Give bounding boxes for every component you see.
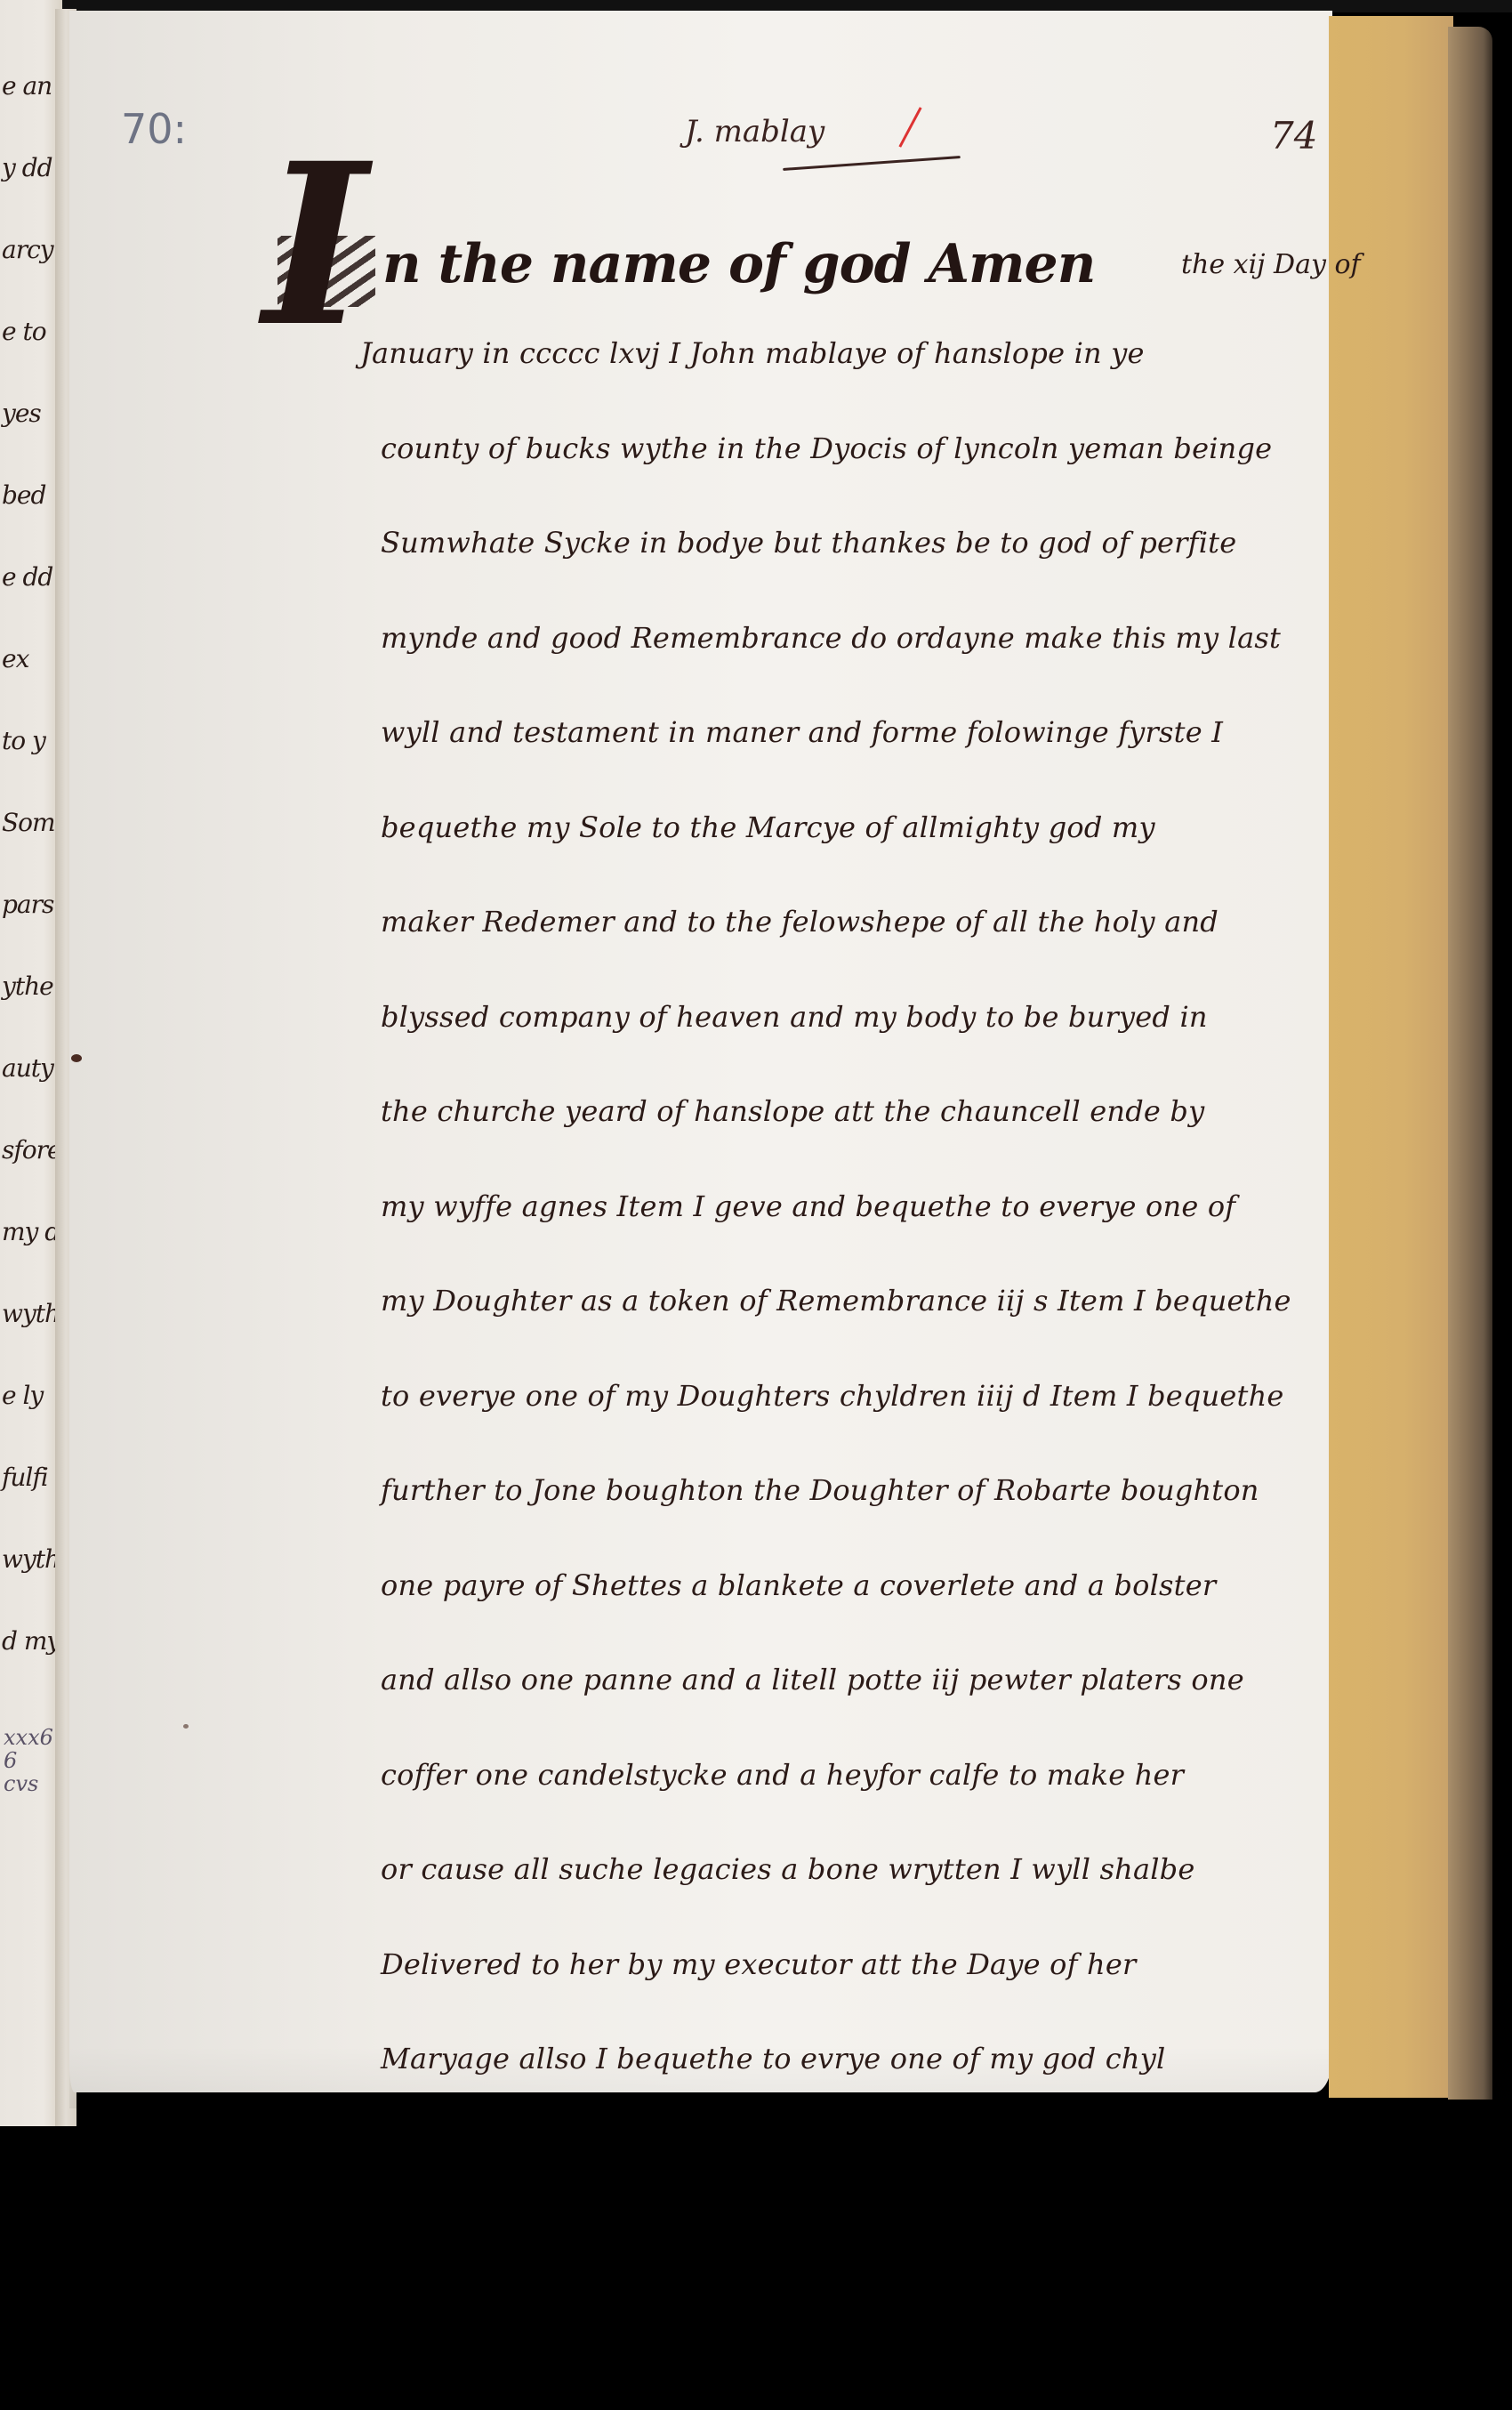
facing-page-line-ending: yes bbox=[2, 399, 41, 428]
facing-page: e any ddarcye toyesbede ddexto ySomepars… bbox=[0, 0, 62, 2126]
manuscript-line: the churche yeard of hanslope att the ch… bbox=[381, 1094, 1204, 1128]
manuscript-line: or cause all suche legacies a bone wrytt… bbox=[381, 1852, 1195, 1886]
facing-page-line-ending: to y bbox=[2, 726, 45, 755]
manuscript-line: coffer one candelstycke and a heyfor cal… bbox=[381, 1758, 1184, 1792]
facing-page-line-ending: pars bbox=[2, 890, 53, 919]
manuscript-line: maker Redemer and to the felowshepe of a… bbox=[381, 905, 1218, 939]
manuscript-line: Maryage allso I bequethe to evrye one of… bbox=[381, 2042, 1165, 2076]
facing-page-note-line: xxx6 bbox=[4, 1726, 53, 1749]
ink-spot bbox=[71, 1054, 82, 1062]
manuscript-line: one payre of Shettes a blankete a coverl… bbox=[381, 1568, 1216, 1602]
manuscript-line: wyll and testament in maner and forme fo… bbox=[381, 715, 1223, 749]
facing-page-note-line: cvs bbox=[4, 1772, 53, 1795]
facing-page-line-ending: e to bbox=[2, 317, 46, 346]
facing-page-line-ending: arcy bbox=[2, 235, 53, 264]
manuscript-line: mynde and good Remembrance do ordayne ma… bbox=[381, 621, 1281, 655]
facing-page-line-ending: e ly bbox=[2, 1381, 43, 1410]
facing-page-line-ending: e an bbox=[2, 71, 52, 101]
manuscript-line: blyssed company of heaven and my body to… bbox=[381, 1000, 1208, 1034]
yellowed-page-strip bbox=[1329, 16, 1453, 2098]
manuscript-line: to everye one of my Doughters chyldren i… bbox=[381, 1379, 1284, 1413]
facing-page-line-ending: my d bbox=[2, 1217, 60, 1246]
facing-page-line-ending: y dd bbox=[2, 153, 52, 182]
facing-page-marginal-note: xxx66cvs bbox=[4, 1726, 53, 1795]
manuscript-line: county of bucks wythe in the Dyocis of l… bbox=[381, 431, 1272, 465]
facing-page-line-ending: wyth bbox=[2, 1544, 60, 1574]
initial-hatching bbox=[277, 236, 375, 307]
facing-page-line-ending: sfore bbox=[2, 1135, 61, 1165]
facing-page-line-ending: ex bbox=[2, 644, 28, 673]
manuscript-line: my Doughter as a token of Remembrance ii… bbox=[381, 1284, 1291, 1318]
heading-continuation: the xij Day of bbox=[1181, 249, 1361, 280]
manuscript-line: and allso one panne and a litell potte i… bbox=[381, 1663, 1244, 1697]
running-title: J. mablay bbox=[685, 114, 824, 149]
folio-number: 74 bbox=[1270, 114, 1317, 157]
invocation-heading: n the name of god Amen bbox=[382, 233, 1095, 295]
facing-page-line-ending: auty bbox=[2, 1053, 53, 1083]
facing-page-line-ending: fulfi bbox=[2, 1463, 48, 1492]
manuscript-line: my wyffe agnes Item I geve and bequethe … bbox=[381, 1189, 1235, 1223]
manuscript-photograph: e any ddarcye toyesbede ddexto ySomepars… bbox=[0, 0, 1512, 2410]
manuscript-line: bequethe my Sole to the Marcye of allmig… bbox=[381, 810, 1155, 844]
facing-page-line-ending: wyth bbox=[2, 1299, 60, 1328]
manuscript-line: further to Jone boughton the Doughter of… bbox=[381, 1473, 1259, 1507]
facing-page-line-ending: ythe bbox=[2, 971, 53, 1001]
pencil-mark: 70: bbox=[121, 105, 187, 153]
facing-page-line-ending: e dd bbox=[2, 562, 52, 592]
manuscript-line: Delivered to her by my executor att the … bbox=[381, 1947, 1136, 1981]
ink-spot bbox=[183, 1724, 189, 1729]
manuscript-line: January in ccccc lxvj I John mablaye of … bbox=[360, 336, 1145, 370]
manuscript-line: Sumwhate Sycke in bodye but thankes be t… bbox=[381, 526, 1236, 560]
facing-page-line-ending: bed bbox=[2, 480, 45, 510]
facing-page-note-line: 6 bbox=[4, 1749, 53, 1772]
facing-page-line-ending: d my bbox=[2, 1626, 60, 1656]
book-page-edge bbox=[1448, 27, 1492, 2100]
